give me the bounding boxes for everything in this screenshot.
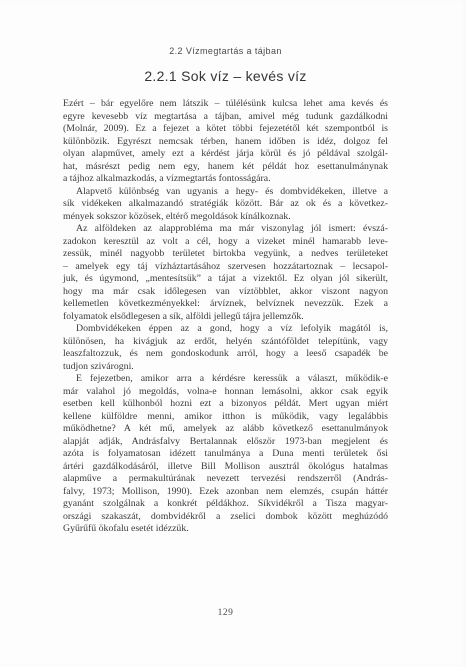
text-line: olyan alapművet, amely ezt a kérdést jár…: [63, 148, 388, 161]
text-line: működhetne? A két mű, amelyek az alább k…: [63, 423, 388, 436]
paragraph: E fejezetben, amikor arra a kérdésre ker…: [63, 373, 388, 536]
text-line: gyanánt szolgálnak a konkrét példákhoz. …: [63, 498, 388, 511]
text-line: E fejezetben, amikor arra a kérdésre ker…: [63, 373, 388, 386]
text-line: folyamatok elsődlegesen a sík, alföldi j…: [63, 311, 388, 324]
paragraph: Dombvidékeken éppen az a gond, hogy a ví…: [63, 323, 388, 373]
text-line: – amelyek egy táj vízháztartásához szerv…: [63, 261, 388, 274]
text-line: juk, és úgymond, „mentesítsük” a tájat a…: [63, 273, 388, 286]
text-line: Gyűrűfű ökofalu esetét idézzük.: [63, 523, 388, 536]
text-line: kellemetlen következményekkel: árvíznek,…: [63, 298, 388, 311]
paragraph: Az alföldeken az alapprobléma ma már vis…: [63, 223, 388, 323]
text-line: falvy, 1973; Mollison, 1990). Ezek azonb…: [63, 486, 388, 499]
text-line: sík vidékeken alkalmazandó stratégiák kö…: [63, 198, 388, 211]
page-number: 129: [63, 608, 388, 618]
text-line: a tájhoz alkalmazkodás, a vízmegtartás f…: [63, 173, 388, 186]
text-line: zessük, minél nagyobb területet birtokba…: [63, 248, 388, 261]
paragraph: Alapvető különbség van ugyanis a hegy- é…: [63, 186, 388, 224]
text-line: leaszfaltozzuk, és nem gondoskodunk arró…: [63, 348, 388, 361]
text-line: Az alföldeken az alapprobléma ma már vis…: [63, 223, 388, 236]
book-page: 2.2 Vízmegtartás a tájban 2.2.1 Sok víz …: [0, 0, 466, 667]
text-line: alapját adják, Andrásfalvy Bertalannak e…: [63, 436, 388, 449]
page-body: Ezért – bár egyelőre nem látszik – túlél…: [63, 98, 388, 536]
text-line: kellene külföldre menni, amikor itthon i…: [63, 411, 388, 424]
text-line: különösen, ha kivágjuk az erdőt, helyén …: [63, 336, 388, 349]
text-line: országi szakaszát, dombvidékről a zselic…: [63, 511, 388, 524]
text-line: Ezért – bár egyelőre nem látszik – túlél…: [63, 98, 388, 111]
text-line: zadokon keresztül az volt a cél, hogy a …: [63, 236, 388, 249]
text-line: mények sokszor közösek, eltérő megoldáso…: [63, 211, 388, 224]
section-title: 2.2.1 Sok víz – kevés víz: [43, 67, 408, 86]
paragraph: Ezért – bár egyelőre nem látszik – túlél…: [63, 98, 388, 186]
running-header: 2.2 Vízmegtartás a tájban: [63, 45, 388, 57]
text-line: Dombvidékeken éppen az a gond, hogy a ví…: [63, 323, 388, 336]
text-line: (Molnár, 2009). Ez a fejezet a kötet töb…: [63, 123, 388, 136]
text-line: különbözik. Egyrészt nemcsak térben, han…: [63, 136, 388, 149]
text-line: hat, másrészt pedig nem egy, hanem két p…: [63, 161, 388, 174]
text-line: egyre kevesebb víz megtartása a tájban, …: [63, 111, 388, 124]
text-line: már valahol jó megoldás, volna-e honnan …: [63, 386, 388, 399]
text-line: esetben kell külhonból hozni ezt a bizon…: [63, 398, 388, 411]
text-line: tudjon szivárogni.: [63, 361, 388, 374]
text-line: Alapvető különbség van ugyanis a hegy- é…: [63, 186, 388, 199]
text-line: azóta is folyamatosan idézett tanulmánya…: [63, 448, 388, 461]
text-line: alapműve a permakultúrának nevezett terv…: [63, 473, 388, 486]
text-line: hogy ma már csak időlegesen van víztöbbl…: [63, 286, 388, 299]
text-line: ártéri gazdálkodásáról, illetve Bill Mol…: [63, 461, 388, 474]
